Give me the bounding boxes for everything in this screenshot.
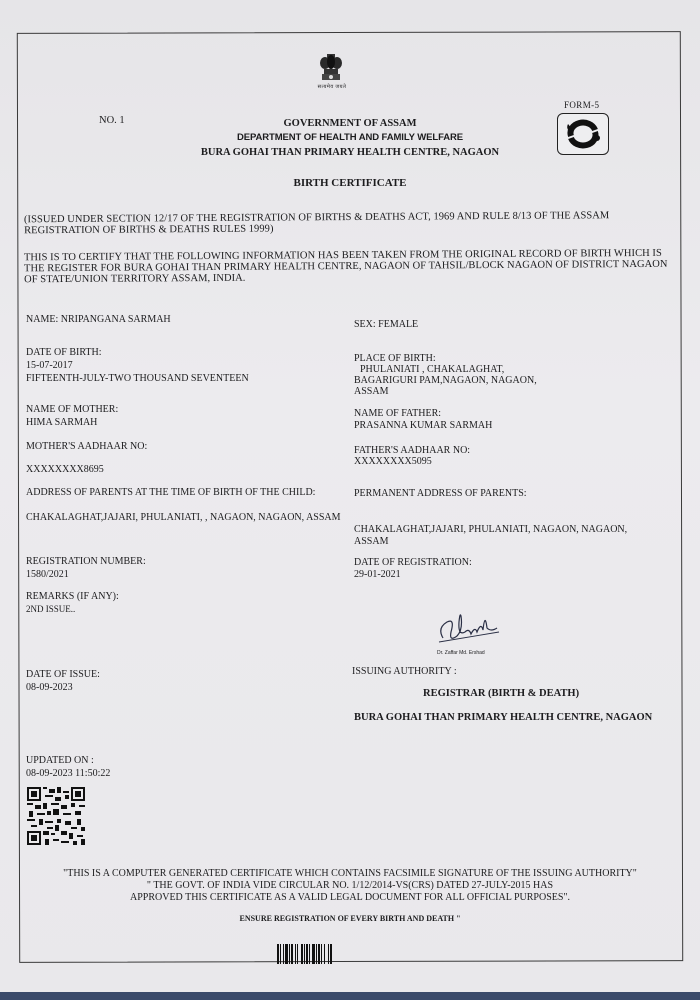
mother-value: HIMA SARMAH — [26, 418, 97, 429]
state-emblem-icon — [318, 53, 344, 83]
barcode — [277, 944, 363, 964]
remarks-label: REMARKS (IF ANY): — [26, 592, 119, 603]
family-welfare-logo-icon — [557, 113, 609, 155]
certify-text: THIS IS TO CERTIFY THAT THE FOLLOWING IN… — [24, 248, 679, 286]
footer-line2: " THE GOVT. OF INDIA VIDE CIRCULAR NO. 1… — [30, 880, 670, 892]
dob-words: FIFTEENTH-JULY-TWO THOUSAND SEVENTEEN — [26, 374, 249, 385]
certificate-number: NO. 1 — [99, 115, 125, 126]
table-surface — [0, 992, 700, 1000]
header-centre: BURA GOHAI THAN PRIMARY HEALTH CENTRE, N… — [150, 147, 550, 158]
header-department: DEPARTMENT OF HEALTH AND FAMILY WELFARE — [150, 132, 550, 143]
document-title: BIRTH CERTIFICATE — [150, 177, 550, 189]
qr-code — [27, 787, 85, 845]
pob-line1: PHULANIATI , CHAKALAGHAT, — [360, 365, 504, 376]
emblem-caption: सत्यमेव जयते — [306, 84, 358, 90]
address-permanent-line1: CHAKALAGHAT,JAJARI, PHULANIATI, NAGAON, … — [354, 525, 627, 536]
header-government: GOVERNMENT OF ASSAM — [150, 118, 550, 129]
dob-label: DATE OF BIRTH: — [26, 348, 102, 359]
issued-under-text: (ISSUED UNDER SECTION 12/17 OF THE REGIS… — [24, 210, 679, 237]
mother-aadhaar-value: XXXXXXXX8695 — [26, 465, 104, 476]
updated-value: 08-09-2023 11:50:22 — [26, 769, 110, 780]
remarks-value: 2ND ISSUE.. — [26, 604, 75, 615]
registration-date-value: 29-01-2021 — [354, 570, 401, 581]
issue-date-label: DATE OF ISSUE: — [26, 670, 100, 681]
ensure-registration-text: ENSURE REGISTRATION OF EVERY BIRTH AND D… — [150, 914, 550, 923]
updated-label: UPDATED ON : — [26, 756, 94, 767]
child-name: NAME: NRIPANGANA SARMAH — [26, 315, 171, 326]
father-aadhaar-value: XXXXXXXX5095 — [354, 457, 432, 468]
pob-line2: BAGARIGURI PAM,NAGAON, NAGAON, — [354, 376, 537, 387]
pob-line3: ASSAM — [354, 387, 388, 398]
footer-notice: "THIS IS A COMPUTER GENERATED CERTIFICAT… — [30, 868, 670, 904]
father-aadhaar-label: FATHER'S AADHAAR NO: — [354, 446, 470, 457]
mother-label: NAME OF MOTHER: — [26, 405, 118, 416]
registration-number-value: 1580/2021 — [26, 570, 69, 581]
address-birth-label: ADDRESS OF PARENTS AT THE TIME OF BIRTH … — [26, 488, 315, 499]
father-value: PRASANNA KUMAR SARMAH — [354, 421, 492, 432]
registration-date-label: DATE OF REGISTRATION: — [354, 558, 472, 569]
signatory-name: Dr. Zaffar Md. Ershad — [437, 650, 485, 656]
sex: SEX: FEMALE — [354, 320, 418, 331]
dob-value: 15-07-2017 — [26, 361, 73, 372]
father-label: NAME OF FATHER: — [354, 409, 441, 420]
mother-aadhaar-label: MOTHER'S AADHAAR NO: — [26, 442, 147, 453]
issuing-authority-title: REGISTRAR (BIRTH & DEATH) — [423, 688, 579, 699]
footer-line3: APPROVED THIS CERTIFICATE AS A VALID LEG… — [30, 892, 670, 904]
issuing-authority-place: BURA GOHAI THAN PRIMARY HEALTH CENTRE, N… — [354, 712, 652, 723]
issue-date-value: 08-09-2023 — [26, 683, 73, 694]
signature — [435, 608, 505, 648]
footer-line1: "THIS IS A COMPUTER GENERATED CERTIFICAT… — [30, 868, 670, 880]
registration-number-label: REGISTRATION NUMBER: — [26, 557, 146, 568]
address-permanent-label: PERMANENT ADDRESS OF PARENTS: — [354, 489, 527, 500]
issuing-authority-label: ISSUING AUTHORITY : — [352, 667, 457, 678]
address-birth-value: CHAKALAGHAT,JAJARI, PHULANIATI, , NAGAON… — [26, 513, 341, 524]
address-permanent-line2: ASSAM — [354, 537, 388, 548]
form-label: FORM-5 — [564, 100, 599, 110]
pob-label: PLACE OF BIRTH: — [354, 354, 436, 365]
